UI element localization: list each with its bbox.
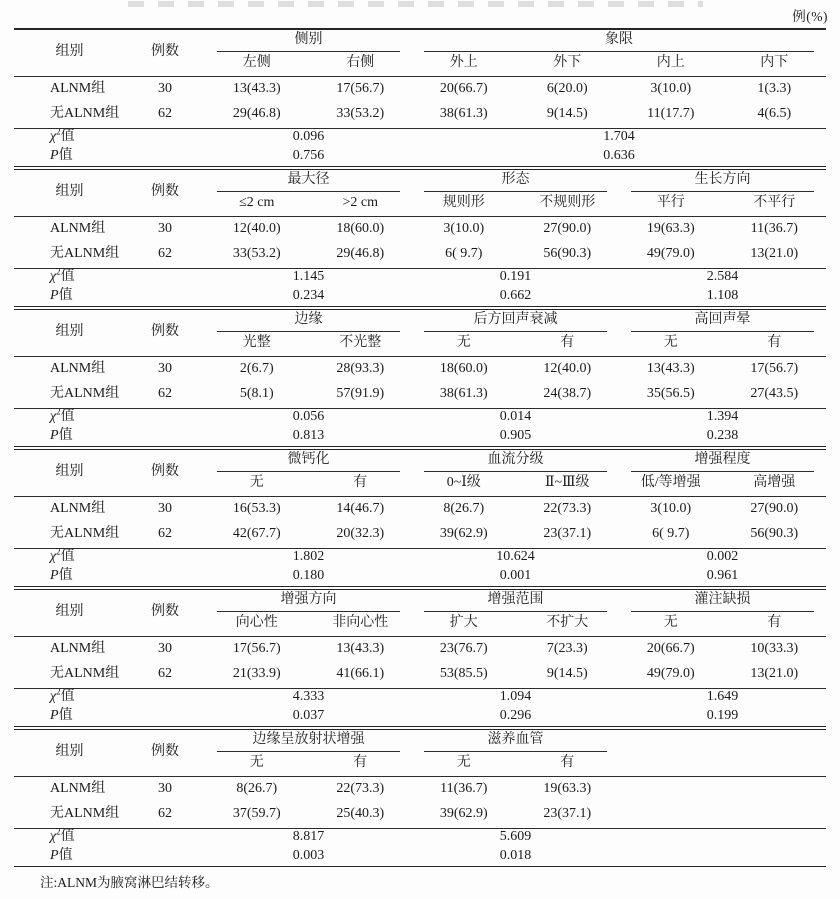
cases-count: 30 — [125, 496, 205, 522]
data-cell: 6( 9.7) — [619, 522, 723, 548]
data-cell: 29(46.8) — [205, 102, 309, 128]
data-cell: 20(66.7) — [619, 636, 723, 662]
p-value: 0.018 — [412, 847, 619, 866]
data-cell: 6( 9.7) — [412, 242, 516, 268]
cases-column-header: 例数 — [125, 589, 205, 636]
page: 例(%) 组别 例数 侧别 象限 左侧 右侧 外上 外下 内上 内下 ALNM组… — [0, 0, 840, 899]
chi-square-value: 0.056 — [205, 408, 412, 427]
chi-square-value: 1.394 — [619, 408, 826, 427]
data-cell: 9(14.5) — [516, 102, 620, 128]
data-cell: 12(40.0) — [205, 216, 309, 242]
sub-column-header: 内上 — [619, 52, 723, 76]
row-label: ALNM组 — [14, 636, 125, 662]
data-cell: 20(32.3) — [309, 522, 413, 548]
value-suffix: 值 — [61, 129, 75, 144]
sub-column-header: 有 — [723, 332, 827, 356]
data-cell: 11(17.7) — [619, 102, 723, 128]
row-label: 无ALNM组 — [14, 102, 125, 128]
chi-square-value: 0.002 — [619, 548, 826, 567]
data-cell: 18(60.0) — [412, 356, 516, 382]
cropped-title-remnant — [128, 1, 703, 7]
data-cell: 38(61.3) — [412, 102, 516, 128]
cases-column-header: 例数 — [125, 309, 205, 356]
sub-column-header: 有 — [309, 752, 413, 776]
value-suffix: 值 — [61, 409, 75, 424]
empty-cell — [619, 776, 826, 802]
row-label: 无ALNM组 — [14, 242, 125, 268]
sub-column-header: 规则形 — [412, 192, 516, 216]
data-cell: 13(43.3) — [205, 76, 309, 102]
category-header: 边缘呈放射状增强 — [217, 733, 400, 752]
chi-square-label: χ2值 — [14, 268, 205, 287]
category-header: 形态 — [424, 173, 607, 192]
sub-column-header: 外上 — [412, 52, 516, 76]
group-column-header: 组别 — [14, 169, 125, 216]
p-value-label: P值 — [14, 567, 205, 586]
category-header: 后方回声衰减 — [424, 313, 607, 332]
chi-square-label: χ2值 — [14, 828, 205, 847]
sub-column-header: 平行 — [619, 192, 723, 216]
data-cell: 19(63.3) — [619, 216, 723, 242]
p-symbol: P — [50, 568, 59, 583]
chi-square-value: 1.145 — [205, 268, 412, 287]
category-header: 最大径 — [217, 173, 400, 192]
empty-cell — [619, 828, 826, 847]
value-suffix: 值 — [59, 568, 73, 583]
chi-square-value: 5.609 — [412, 828, 619, 847]
characteristics-table-2: 组别 例数 最大径 形态 生长方向 ≤2 cm >2 cm 规则形 不规则形 平… — [14, 169, 826, 307]
data-cell: 5(8.1) — [205, 382, 309, 408]
data-cell: 57(91.9) — [309, 382, 413, 408]
data-cell: 16(53.3) — [205, 496, 309, 522]
category-header-cell: 后方回声衰减 — [412, 309, 619, 332]
sub-column-header: 无 — [412, 332, 516, 356]
sub-column-header: 不光整 — [309, 332, 413, 356]
data-cell: 21(33.9) — [205, 662, 309, 688]
chi-square-value: 1.649 — [619, 688, 826, 707]
category-header-cell: 生长方向 — [619, 169, 826, 192]
sub-column-header: 右侧 — [309, 52, 413, 76]
data-cell: 11(36.7) — [412, 776, 516, 802]
data-cell: 11(36.7) — [723, 216, 827, 242]
sub-column-header: 向心性 — [205, 612, 309, 636]
data-cell: 4(6.5) — [723, 102, 827, 128]
chi-square-label: χ2值 — [14, 128, 205, 147]
chi-square-label: χ2值 — [14, 548, 205, 567]
cases-count: 30 — [125, 216, 205, 242]
cases-count: 30 — [125, 76, 205, 102]
data-cell: 39(62.9) — [412, 802, 516, 828]
data-cell: 33(53.2) — [205, 242, 309, 268]
p-value: 1.108 — [619, 287, 826, 306]
data-cell: 22(73.3) — [309, 776, 413, 802]
characteristics-table-4: 组别 例数 微钙化 血流分级 增强程度 无 有 0~Ⅰ级 Ⅱ~Ⅲ级 低/等增强 … — [14, 449, 826, 587]
sub-column-header: 有 — [309, 472, 413, 496]
sub-column-header: 无 — [619, 612, 723, 636]
p-value: 0.756 — [205, 147, 412, 166]
characteristics-table-5: 组别 例数 增强方向 增强范围 灌注缺损 向心性 非向心性 扩大 不扩大 无 有… — [14, 589, 826, 727]
category-header: 滋养血管 — [424, 733, 607, 752]
data-cell: 49(79.0) — [619, 662, 723, 688]
data-cell: 8(26.7) — [412, 496, 516, 522]
p-value-label: P值 — [14, 707, 205, 726]
data-cell: 13(21.0) — [723, 662, 827, 688]
category-header-cell: 增强程度 — [619, 449, 826, 472]
p-value: 0.662 — [412, 287, 619, 306]
group-column-header: 组别 — [14, 449, 125, 496]
cases-count: 30 — [125, 636, 205, 662]
row-label: 无ALNM组 — [14, 382, 125, 408]
chi-square-value: 10.624 — [412, 548, 619, 567]
sub-column-header: 光整 — [205, 332, 309, 356]
data-cell: 13(43.3) — [309, 636, 413, 662]
data-cell: 29(46.8) — [309, 242, 413, 268]
p-symbol: P — [50, 848, 59, 863]
characteristics-table-3: 组别 例数 边缘 后方回声衰减 高回声晕 光整 不光整 无 有 无 有 ALNM… — [14, 309, 826, 447]
data-cell: 24(38.7) — [516, 382, 620, 408]
data-cell: 13(43.3) — [619, 356, 723, 382]
category-header-cell: 高回声晕 — [619, 309, 826, 332]
data-cell: 6(20.0) — [516, 76, 620, 102]
data-cell: 39(62.9) — [412, 522, 516, 548]
row-label: ALNM组 — [14, 216, 125, 242]
data-cell: 20(66.7) — [412, 76, 516, 102]
data-cell: 53(85.5) — [412, 662, 516, 688]
data-cell: 17(56.7) — [723, 356, 827, 382]
category-header-cell: 微钙化 — [205, 449, 412, 472]
sub-column-header: 不平行 — [723, 192, 827, 216]
chi-square-label: χ2值 — [14, 688, 205, 707]
data-cell: 3(10.0) — [412, 216, 516, 242]
cases-count: 62 — [125, 382, 205, 408]
group-column-header: 组别 — [14, 729, 125, 776]
category-header: 增强程度 — [631, 453, 814, 472]
sub-column-header: 无 — [619, 332, 723, 356]
cases-count: 30 — [125, 356, 205, 382]
data-cell: 2(6.7) — [205, 356, 309, 382]
category-header: 微钙化 — [217, 453, 400, 472]
p-symbol: P — [50, 428, 59, 443]
p-value-label: P值 — [14, 847, 205, 866]
cases-column-header: 例数 — [125, 29, 205, 76]
sub-column-header: 0~Ⅰ级 — [412, 472, 516, 496]
data-cell: 9(14.5) — [516, 662, 620, 688]
data-cell: 7(23.3) — [516, 636, 620, 662]
data-cell: 37(59.7) — [205, 802, 309, 828]
p-symbol: P — [50, 288, 59, 303]
value-suffix: 值 — [59, 708, 73, 723]
p-value: 0.636 — [412, 147, 826, 166]
chi-square-value: 1.704 — [412, 128, 826, 147]
group-column-header: 组别 — [14, 29, 125, 76]
value-suffix: 值 — [61, 689, 75, 704]
sub-column-header: 无 — [205, 472, 309, 496]
sub-column-header: >2 cm — [309, 192, 413, 216]
p-symbol: P — [50, 148, 59, 163]
sub-column-header: 高增强 — [723, 472, 827, 496]
data-cell: 56(90.3) — [516, 242, 620, 268]
p-symbol: P — [50, 708, 59, 723]
category-header-cell: 最大径 — [205, 169, 412, 192]
p-value: 0.813 — [205, 427, 412, 446]
p-value: 0.001 — [412, 567, 619, 586]
data-cell: 33(53.2) — [309, 102, 413, 128]
chi-square-value: 2.584 — [619, 268, 826, 287]
data-cell: 38(61.3) — [412, 382, 516, 408]
chi-square-value: 0.191 — [412, 268, 619, 287]
sub-column-header: 有 — [723, 612, 827, 636]
data-cell: 41(66.1) — [309, 662, 413, 688]
category-header-cell: 增强范围 — [412, 589, 619, 612]
characteristics-table-1: 组别 例数 侧别 象限 左侧 右侧 外上 外下 内上 内下 ALNM组 30 1… — [14, 28, 826, 167]
p-value-label: P值 — [14, 147, 205, 166]
data-cell: 23(37.1) — [516, 802, 620, 828]
data-cell: 19(63.3) — [516, 776, 620, 802]
category-header-cell: 边缘 — [205, 309, 412, 332]
sub-column-header: ≤2 cm — [205, 192, 309, 216]
data-cell: 18(60.0) — [309, 216, 413, 242]
p-value: 0.238 — [619, 427, 826, 446]
empty-cell — [619, 802, 826, 828]
data-cell: 8(26.7) — [205, 776, 309, 802]
data-cell: 27(90.0) — [723, 496, 827, 522]
category-header-cell: 边缘呈放射状增强 — [205, 729, 412, 752]
category-header: 增强范围 — [424, 593, 607, 612]
characteristics-table-6: 组别 例数 边缘呈放射状增强 滋养血管 无 有 无 有 ALNM组 30 8(2… — [14, 729, 826, 867]
row-label: ALNM组 — [14, 356, 125, 382]
table-footnote: 注:ALNM为腋窝淋巴结转移。 — [40, 871, 840, 891]
chi-square-value: 4.333 — [205, 688, 412, 707]
sub-column-header: 外下 — [516, 52, 620, 76]
data-cell: 23(76.7) — [412, 636, 516, 662]
category-header-cell: 增强方向 — [205, 589, 412, 612]
p-value: 0.296 — [412, 707, 619, 726]
data-cell: 35(56.5) — [619, 382, 723, 408]
data-cell: 3(10.0) — [619, 496, 723, 522]
sub-column-header: 内下 — [723, 52, 827, 76]
category-header: 侧别 — [217, 33, 400, 52]
category-header-cell: 象限 — [412, 29, 826, 52]
chi-square-value: 8.817 — [205, 828, 412, 847]
chi-square-label: χ2值 — [14, 408, 205, 427]
category-header: 象限 — [424, 33, 814, 52]
cases-count: 62 — [125, 242, 205, 268]
chi-square-value: 0.096 — [205, 128, 412, 147]
category-header: 高回声晕 — [631, 313, 814, 332]
cases-count: 62 — [125, 662, 205, 688]
value-suffix: 值 — [59, 148, 73, 163]
sub-column-header: 低/等增强 — [619, 472, 723, 496]
p-value: 0.234 — [205, 287, 412, 306]
data-cell: 28(93.3) — [309, 356, 413, 382]
chi-square-value: 1.802 — [205, 548, 412, 567]
data-cell: 27(90.0) — [516, 216, 620, 242]
row-label: 无ALNM组 — [14, 662, 125, 688]
data-cell: 14(46.7) — [309, 496, 413, 522]
data-cell: 13(21.0) — [723, 242, 827, 268]
chi-square-value: 1.094 — [412, 688, 619, 707]
p-value: 0.003 — [205, 847, 412, 866]
data-cell: 25(40.3) — [309, 802, 413, 828]
sub-column-header: 非向心性 — [309, 612, 413, 636]
sub-column-header: Ⅱ~Ⅲ级 — [516, 472, 620, 496]
data-cell: 17(56.7) — [309, 76, 413, 102]
sub-column-header: 有 — [516, 752, 620, 776]
cases-column-header: 例数 — [125, 169, 205, 216]
row-label: ALNM组 — [14, 776, 125, 802]
p-value: 0.037 — [205, 707, 412, 726]
p-value-label: P值 — [14, 427, 205, 446]
group-column-header: 组别 — [14, 309, 125, 356]
value-suffix: 值 — [59, 428, 73, 443]
cases-count: 62 — [125, 102, 205, 128]
value-suffix: 值 — [61, 829, 75, 844]
row-label: 无ALNM组 — [14, 522, 125, 548]
sub-column-header: 不规则形 — [516, 192, 620, 216]
category-header-cell: 形态 — [412, 169, 619, 192]
empty-cell — [619, 752, 826, 776]
sub-column-header: 有 — [516, 332, 620, 356]
sub-column-header: 无 — [205, 752, 309, 776]
value-suffix: 值 — [61, 549, 75, 564]
data-cell: 49(79.0) — [619, 242, 723, 268]
category-header: 增强方向 — [217, 593, 400, 612]
p-value: 0.180 — [205, 567, 412, 586]
cases-column-header: 例数 — [125, 729, 205, 776]
category-header-cell: 滋养血管 — [412, 729, 619, 752]
cases-column-header: 例数 — [125, 449, 205, 496]
value-suffix: 值 — [59, 848, 73, 863]
cases-count: 30 — [125, 776, 205, 802]
data-cell: 22(73.3) — [516, 496, 620, 522]
p-value: 0.905 — [412, 427, 619, 446]
row-label: ALNM组 — [14, 76, 125, 102]
p-value: 0.961 — [619, 567, 826, 586]
value-suffix: 值 — [61, 269, 75, 284]
p-value-label: P值 — [14, 287, 205, 306]
sub-column-header: 无 — [412, 752, 516, 776]
row-label: 无ALNM组 — [14, 802, 125, 828]
data-cell: 17(56.7) — [205, 636, 309, 662]
data-cell: 3(10.0) — [619, 76, 723, 102]
category-header-cell: 侧别 — [205, 29, 412, 52]
data-cell: 1(3.3) — [723, 76, 827, 102]
empty-cell — [619, 847, 826, 866]
category-header-cell: 血流分级 — [412, 449, 619, 472]
data-cell: 42(67.7) — [205, 522, 309, 548]
data-cell: 27(43.5) — [723, 382, 827, 408]
unit-label: 例(%) — [792, 5, 828, 25]
category-header: 生长方向 — [631, 173, 814, 192]
p-value: 0.199 — [619, 707, 826, 726]
data-cell: 23(37.1) — [516, 522, 620, 548]
table-top-area: 例(%) — [0, 0, 840, 28]
category-header: 边缘 — [217, 313, 400, 332]
group-column-header: 组别 — [14, 589, 125, 636]
category-header-cell: 灌注缺损 — [619, 589, 826, 612]
data-cell: 10(33.3) — [723, 636, 827, 662]
category-header: 灌注缺损 — [631, 593, 814, 612]
value-suffix: 值 — [59, 288, 73, 303]
cases-count: 62 — [125, 522, 205, 548]
data-cell: 56(90.3) — [723, 522, 827, 548]
cases-count: 62 — [125, 802, 205, 828]
category-header: 血流分级 — [424, 453, 607, 472]
sub-column-header: 左侧 — [205, 52, 309, 76]
row-label: ALNM组 — [14, 496, 125, 522]
chi-square-value: 0.014 — [412, 408, 619, 427]
empty-cell — [619, 729, 826, 752]
data-cell: 12(40.0) — [516, 356, 620, 382]
sub-column-header: 不扩大 — [516, 612, 620, 636]
sub-column-header: 扩大 — [412, 612, 516, 636]
